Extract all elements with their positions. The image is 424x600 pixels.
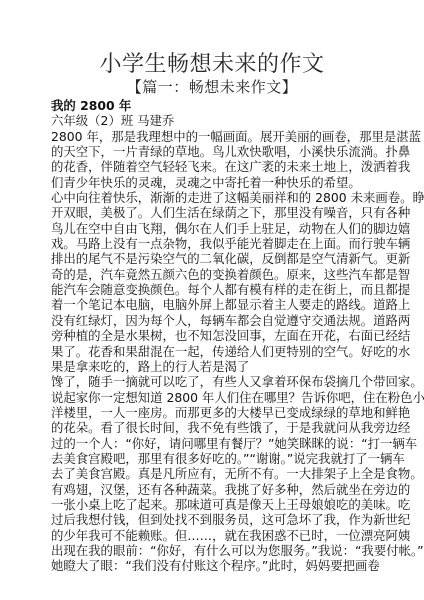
paragraph-line: 的天空下，一片青绿的草地。鸟儿欢快歌唱，小溪快乐流淌。扑鼻: [51, 144, 387, 159]
paragraph-line: 的花香，伴随着空气轻轻飞来。在这广袤的未来土地上，泼洒着我: [51, 159, 387, 174]
document-title: 小学生畅想未来的作文: [0, 52, 424, 78]
paragraph-line: 着一个笔记本电脑，电脑外屏上都显示着主人要走的路线。道路上: [51, 297, 387, 312]
paragraph-line: 旁种植的全是水果树，也不知怎没回事，左面在开花，右面已经结: [51, 328, 387, 343]
paragraph-line: 的花朵。看了很长时间，我不免有些饿了，于是我就问从我旁边经: [51, 420, 387, 435]
paragraph-line: 去美食宫殿吧，那里有很多好吃的。”“谢谢。”说完我就打了一辆车: [51, 451, 387, 466]
paragraph-line: 出现在我的眼前：“你好，有什么可以为您服务。”我说：“我要付帐。”: [51, 543, 387, 558]
essay-title: 我的 2800 年: [51, 98, 387, 113]
paragraph-line: 洋楼里，一人一座房。而那更多的大楼早已变成绿绿的草地和鲜艳: [51, 405, 387, 420]
paragraph-line: 她瞪大了眼：“我们没有付账这个程序。”此时，妈妈要把画卷: [51, 558, 387, 573]
paragraph-line: 排出的尾气不是污染空气的二氧化碳，反倒都是空气清新气。更新: [51, 251, 387, 266]
paragraph-line: 奇的是，汽车竟然五颜六色的变换着颜色。原来，这些汽车都是智: [51, 267, 387, 282]
paragraph-line: 果是拿来吃的，路上的行人若是渴了: [51, 359, 387, 374]
paragraph-line: 心中向往着快乐，渐渐的走进了这幅美丽祥和的 2800 未来画卷。睁: [51, 190, 387, 205]
paragraph-line: 过后我想付钱，但到处找不到服务员，这可急坏了我，作为新世纪: [51, 512, 387, 527]
document-page: 小学生畅想未来的作文 【篇一：畅想未来作文】 我的 2800 年 六年级（2）班…: [0, 0, 424, 600]
paragraph-line: 说起家你一定想知道 2800 年人们住在哪里？告诉你吧，住在粉色小: [51, 390, 387, 405]
essay-body: 我的 2800 年 六年级（2）班 马建乔 2800 年，那是我理想中的一幅画面…: [51, 98, 387, 574]
document-subtitle: 【篇一：畅想未来作文】: [0, 78, 424, 96]
paragraph-line: 没有红绿灯，因为每个人，每辆车都会自觉遵守交通法规。道路两: [51, 313, 387, 328]
paragraph-line: 的少年我可不能赖账。但……，就在我困惑不已时，一位漂亮阿姨: [51, 528, 387, 543]
paragraph-line: 过的一个人：“你好，请问哪里有餐厅？”她笑眯眯的说：“打一辆车: [51, 436, 387, 451]
paragraph-line: 去了美食宫殿。真是凡所应有，无所不有。一大排架子上全是食物。: [51, 466, 387, 481]
paragraph-line: 有鸡翅，汉堡，还有各种蔬菜。我挑了好多种，然后就坐在旁边的: [51, 482, 387, 497]
paragraph-line: 2800 年，那是我理想中的一幅画面。展开美丽的画卷，那里是湛蓝: [51, 129, 387, 144]
paragraph-line: 能汽车会随意变换颜色。每个人都有模有样的走在街上，而且都提: [51, 282, 387, 297]
paragraph-line: 鸟儿在空中自由飞翔，偶尔在人们手上驻足，动物在人们的脚边嬉: [51, 221, 387, 236]
paragraph-line: 戏。马路上没有一点杂物，我似乎能光着脚走在上面。而行驶车辆: [51, 236, 387, 251]
author-line: 六年级（2）班 马建乔: [51, 113, 387, 128]
paragraph-line: 一张小桌上吃了起来。那味道可真是像天上王母娘娘吃的美味。吃: [51, 497, 387, 512]
paragraph-line: 们青少年快乐的灵魂，灵魂之中寄托着一种快乐的希望。: [51, 175, 387, 190]
paragraph-line: 果了。花香和果甜混在一起，传递给人们更特别的空气。好吃的水: [51, 344, 387, 359]
paragraph-line: 开双眼，美极了。人们生活在绿荫之下，那里没有噪音，只有各种: [51, 205, 387, 220]
paragraph-line: 馋了，随手一摘就可以吃了，有些人又拿着环保布袋摘几个带回家。: [51, 374, 387, 389]
